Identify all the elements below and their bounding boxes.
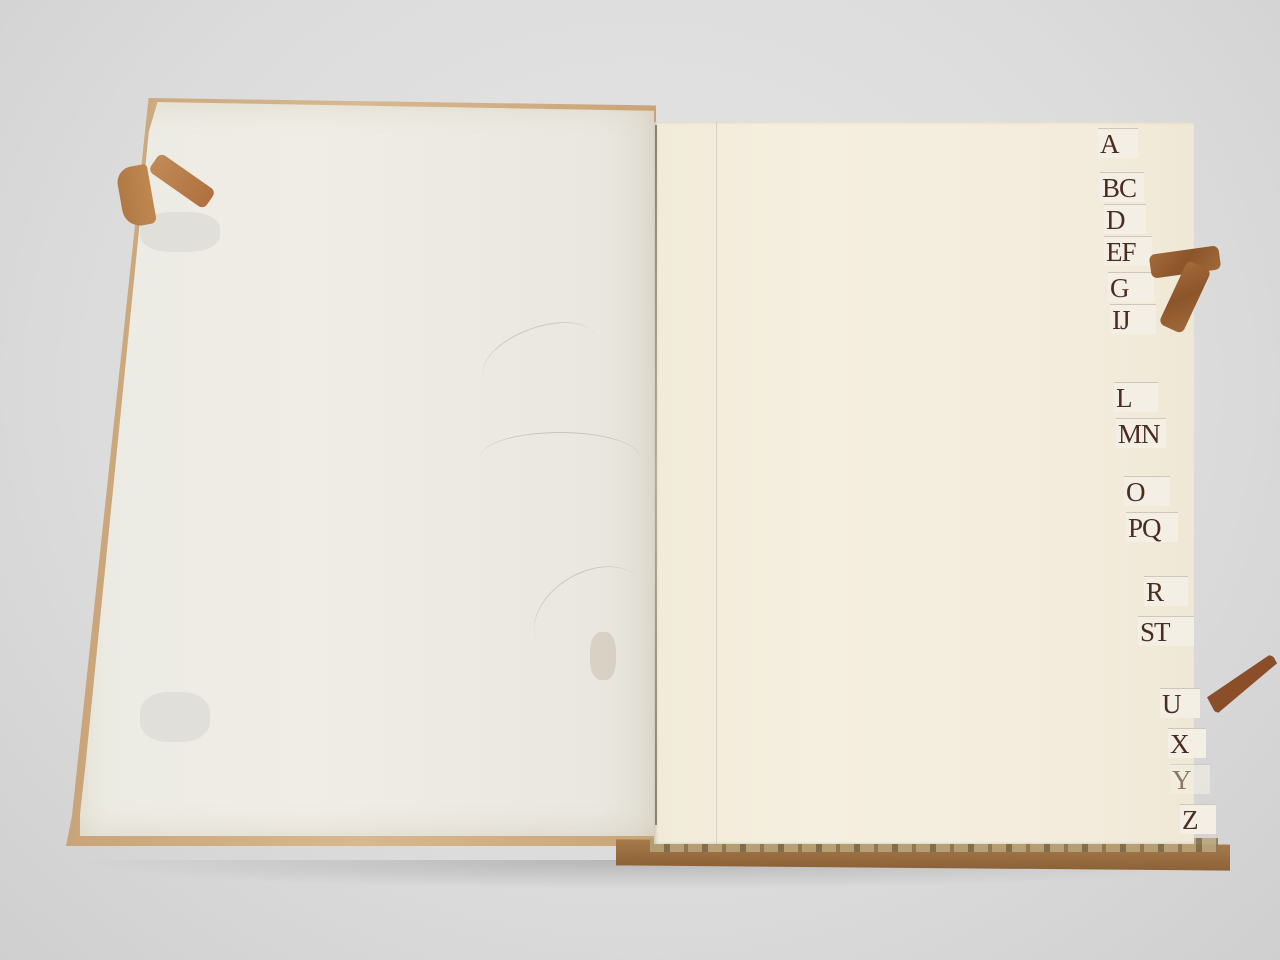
- index-tab-r[interactable]: R: [1144, 576, 1188, 606]
- thumb-index: A BC D EF G IJ L MN O PQ R ST U X Y Z: [1098, 128, 1218, 848]
- index-tab-g[interactable]: G: [1108, 272, 1154, 302]
- index-tab-o[interactable]: O: [1124, 476, 1170, 506]
- photo-scene: A BC D EF G IJ L MN O PQ R ST U X Y Z: [0, 0, 1280, 960]
- crease-mark: [480, 432, 640, 483]
- foxing-spot: [590, 632, 616, 680]
- faint-ruling-line: [716, 122, 717, 844]
- book-gutter: [655, 125, 657, 825]
- index-tab-bc[interactable]: BC: [1100, 172, 1144, 202]
- index-tab-l[interactable]: L: [1114, 382, 1158, 412]
- index-tab-st[interactable]: ST: [1138, 616, 1194, 646]
- glue-stain: [140, 692, 210, 742]
- index-tab-u[interactable]: U: [1160, 688, 1200, 718]
- index-tab-d[interactable]: D: [1104, 204, 1146, 234]
- index-tab-a[interactable]: A: [1098, 128, 1138, 158]
- index-tab-pq[interactable]: PQ: [1126, 512, 1178, 542]
- index-tab-mn[interactable]: MN: [1116, 418, 1166, 448]
- index-tab-ij[interactable]: IJ: [1110, 304, 1156, 334]
- index-tab-z[interactable]: Z: [1180, 804, 1216, 834]
- crease-mark: [473, 308, 607, 406]
- index-tab-x[interactable]: X: [1168, 728, 1206, 758]
- index-tab-y[interactable]: Y: [1170, 764, 1210, 794]
- index-tab-ef[interactable]: EF: [1104, 236, 1152, 266]
- left-pastedown-page: [80, 102, 654, 836]
